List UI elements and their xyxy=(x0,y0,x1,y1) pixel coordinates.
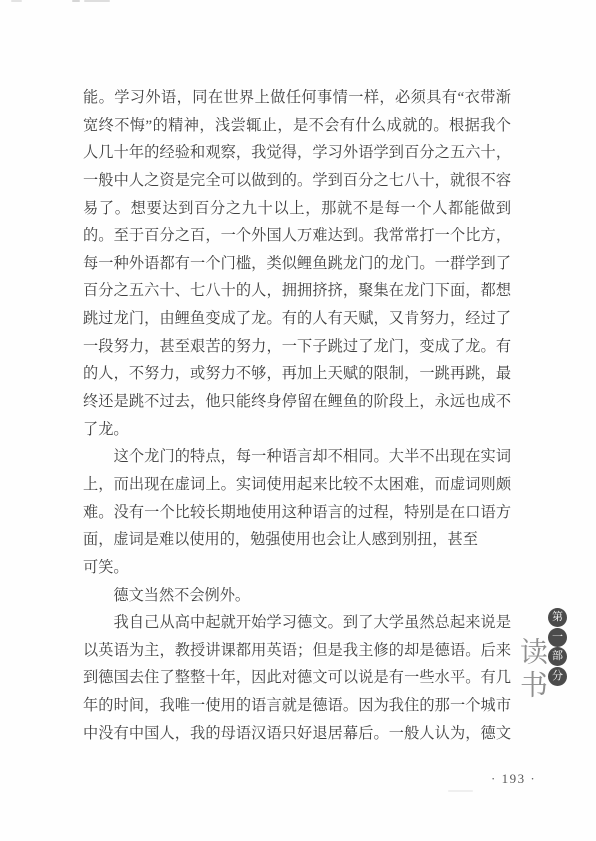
scan-artifact xyxy=(72,0,80,2)
scan-artifact xyxy=(84,0,110,2)
text-line: 一般中人之资是完全可以做到的。学到百分之七八十，就很不容 xyxy=(83,167,511,195)
section-title: 读书 xyxy=(511,637,551,703)
text-line: 以英语为主，教授讲课都用英语；但是我主修的却是德语。后来 xyxy=(83,637,511,665)
text-line: 中没有中国人，我的母语汉语只好退居幕后。一般人认为，德文 xyxy=(83,720,511,748)
text-line: 百分之五六十、七八十的人，拥拥挤挤，聚集在龙门下面，都想 xyxy=(83,277,511,305)
text-line: 能。学习外语，同在世界上做任何事情一样，必须具有“衣带渐 xyxy=(83,84,511,112)
page-number: · 193 · xyxy=(491,771,536,787)
text-line: 人几十年的经验和观察，我觉得，学习外语学到百分之五六十， xyxy=(83,139,511,167)
text-line: 每一种外语都有一个门槛，类似鲤鱼跳龙门的龙门。一群学到了 xyxy=(83,250,511,278)
text-line: 年的时间，我唯一使用的语言就是德语。因为我住的那一个城市 xyxy=(83,692,511,720)
text-line: 了龙。 xyxy=(83,416,511,444)
text-line: 可笑。 xyxy=(83,554,511,582)
scan-artifact xyxy=(11,0,22,2)
text-line: 德文当然不会例外。 xyxy=(83,582,511,610)
text-line: 面，虚词是难以使用的，勉强使用也会让人感到别扭，甚至 xyxy=(83,526,511,554)
book-page: 能。学习外语，同在世界上做任何事情一样，必须具有“衣带渐 宽终不悔”的精神，浅尝… xyxy=(0,0,596,841)
text-line: 易了。想要达到百分之九十以上，那就不是每一个人都能做到 xyxy=(83,195,511,223)
text-line: 的人，不努力，或努力不够，再加上天赋的限制，一跳再跳，最 xyxy=(83,360,511,388)
text-line: 这个龙门的特点，每一种语言却不相同。大半不出现在实词 xyxy=(83,443,511,471)
text-line: 我自己从高中起就开始学习德文。到了大学虽然总起来说是 xyxy=(83,609,511,637)
text-line: 一段努力，甚至艰苦的努力，一下子跳过了龙门，变成了龙。有 xyxy=(83,333,511,361)
text-line: 难。没有一个比较长期地使用这种语言的过程，特别是在口语方 xyxy=(83,499,511,527)
text-line: 宽终不悔”的精神，浅尝辄止，是不会有什么成就的。根据我个 xyxy=(83,112,511,140)
text-line: 终还是跳不过去，他只能终身停留在鲤鱼的阶段上，永远也成不 xyxy=(83,388,511,416)
text-line: 的。至于百分之百，一个外国人万难达到。我常常打一个比方， xyxy=(83,222,511,250)
body-text: 能。学习外语，同在世界上做任何事情一样，必须具有“衣带渐 宽终不悔”的精神，浅尝… xyxy=(83,84,511,747)
scan-artifact xyxy=(448,790,473,792)
part-badge-char: 第 xyxy=(548,608,567,627)
text-line: 跳过龙门，由鲤鱼变成了龙。有的人有天赋，又肯努力，经过了 xyxy=(83,305,511,333)
text-line: 上，而出现在虚词上。实词使用起来比较不太困难，而虚词则颇 xyxy=(83,471,511,499)
text-line: 到德国去住了整整十年，因此对德文可以说是有一些水平。有几 xyxy=(83,664,511,692)
